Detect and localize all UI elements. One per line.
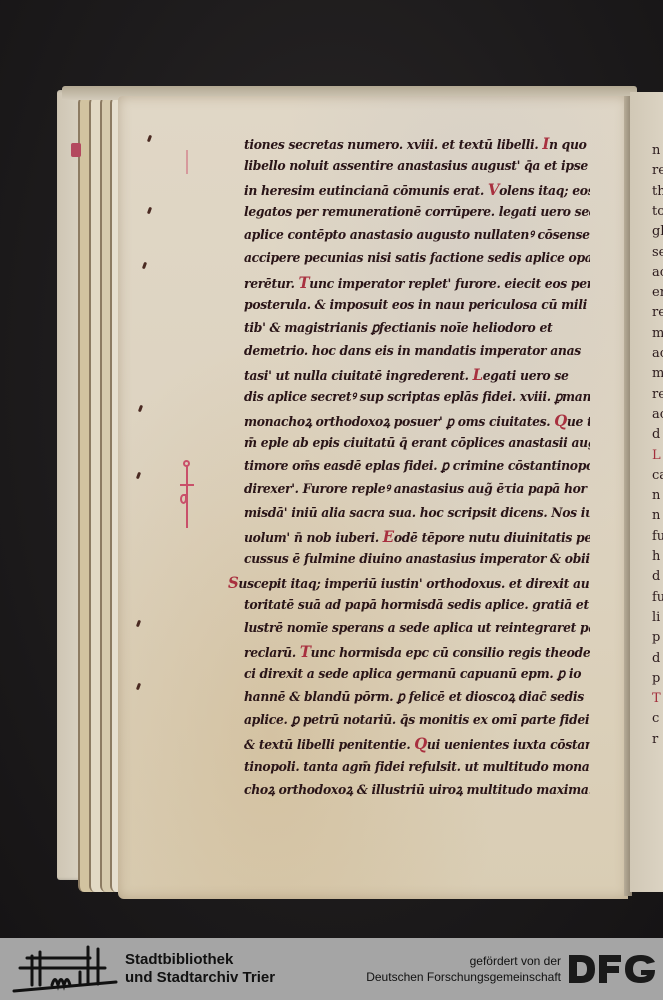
rubric-initial: S [228, 573, 238, 592]
manuscript-line: direxer'. Furore repleꝰ anastasius aug̃ … [244, 478, 590, 501]
library-name: Stadtbibliothek und Stadtarchiv Trier [125, 951, 275, 987]
rubric-initial: L [473, 365, 483, 384]
facing-page-fragment: d [652, 652, 660, 665]
manuscript-line: cussus ē fulmine diuino anastasius imper… [244, 548, 590, 571]
facing-page-fragment: d [652, 428, 660, 441]
library-name-line1: Stadtbibliothek [125, 951, 275, 969]
facing-page-fragment: ac [652, 408, 663, 421]
manuscript-line: timore om̄s easdē eplas fidei. ꝑ crimine… [244, 455, 590, 478]
rubric-initial: T [299, 273, 310, 292]
manuscript-line: aplice contēpto anastasio augusto nullat… [244, 224, 590, 247]
manuscript-line: tinopoli. tanta agm̄ fidei refulsit. ut … [244, 756, 590, 779]
manuscript-line: legatos per remunerationē corrūpere. leg… [244, 201, 590, 224]
manuscript-line: toritatē suā ad papā hormisdā sedis apli… [244, 594, 590, 617]
manuscript-line: posterula. & imposuit eos in nauı pericu… [244, 294, 590, 317]
facing-page-fragment: n [652, 489, 660, 502]
manuscript-line: demetrio. hoc dans eis in mandatis imper… [244, 340, 590, 363]
facing-page-fragment: er [652, 286, 663, 299]
marginal-red-mark [186, 150, 188, 174]
manuscript-line: in heresim eutincianā cōmunis erat. Vole… [244, 178, 590, 201]
stadtbibliothek-trier-logo-icon [10, 944, 120, 994]
rubric-initial: I [542, 134, 549, 153]
facing-page-fragment: L [652, 449, 661, 462]
facing-page-fragment: T [652, 692, 661, 705]
facing-page-fragment: ac [652, 347, 663, 360]
facing-page-fragment: n [652, 509, 660, 522]
manuscript-line: uolum' n̄ nob iuberi. Eodē tēpore nutu d… [244, 525, 590, 548]
manuscript-line: rerētur. Tunc imperator replet' furore. … [244, 271, 590, 294]
facing-page-fragment: fu [652, 591, 663, 604]
facing-page-fragment: ac [652, 266, 663, 279]
facing-page-fragment: gl [652, 225, 663, 238]
facing-page-fragment: re [652, 306, 663, 319]
facing-page-fragment: m [652, 327, 663, 340]
library-name-line2: und Stadtarchiv Trier [125, 969, 275, 987]
rubric-initial: V [488, 180, 499, 199]
manuscript-line: aplice. ꝑ petrū notariū. q̄s monitis ex … [244, 709, 590, 732]
facing-page-fragment: re [652, 388, 663, 401]
facing-page-fragment: r [652, 733, 658, 746]
manuscript-line: & textū libelli penitentie. Qui ueniente… [244, 732, 590, 755]
manuscript-text-column: tiones secretas numero. xviii. et textū … [244, 132, 616, 802]
manuscript-line: reclarū. Tunc hormisda epc cū consilio r… [244, 640, 590, 663]
manuscript-line: libello noluit assentire anastasius augu… [244, 155, 590, 178]
facing-page-fragment: p [652, 672, 660, 685]
manuscript-line: lustrē nomīe sperans a sede aplica ut re… [244, 617, 590, 640]
manuscript-line: tiones secretas numero. xviii. et textū … [244, 132, 590, 155]
facing-page-fragment: c [652, 712, 659, 725]
manuscript-line: Suscepit itaq; imperiū iustin' orthodoxu… [228, 571, 589, 594]
facing-page-fragment: li [652, 611, 660, 624]
manuscript-line: tasi' ut nulla ciuitatē ingrederent. Leg… [244, 363, 590, 386]
funding-notice: gefördert von der Deutschen Forschungsge… [366, 953, 561, 985]
facing-page-fragment: fu [652, 530, 663, 543]
facing-page-fragment: th [652, 185, 663, 198]
bookmark-tab [71, 143, 81, 157]
manuscript-line: hannē & blandū pōrm. ꝑ felicē et dioscoꝝ… [244, 686, 590, 709]
rubric-initial: Q [554, 411, 567, 430]
facing-page-fragment: m [652, 367, 663, 380]
dfg-logo-icon [567, 952, 659, 986]
facing-page-fragment: re [652, 164, 663, 177]
manuscript-line: monachoꝝ orthodoxoꝝ posuer' ꝑ oms ciuita… [244, 409, 590, 432]
facing-page-fragment: h [652, 550, 660, 563]
marginal-red-annotation [178, 460, 198, 530]
manuscript-line: choꝝ orthodoxoꝝ & illustriū uiroꝝ multit… [244, 779, 590, 802]
manuscript-line: tib' & magistrianis ꝑfectianis noīe heli… [244, 317, 590, 340]
rubric-initial: Q [414, 734, 427, 753]
manuscript-line: dis aplice secretꝰ sup scriptas eplās fi… [244, 386, 590, 409]
facing-page-fragment: to [652, 205, 663, 218]
facing-page-fragment: d [652, 570, 660, 583]
manuscript-viewer: nrethtoglseacerremacmreacdLcannfuhdfulip… [0, 0, 663, 938]
rubric-initial: T [300, 642, 311, 661]
facing-page-fragment: n [652, 144, 660, 157]
manuscript-line: accipere pecunias nisi satis factione se… [244, 247, 590, 270]
facing-page-fragment: p [652, 631, 660, 644]
manuscript-line: m̄ eple ab epis ciuitatū q̄ erant cōplic… [244, 432, 590, 455]
manuscript-line: misdā' iniū alia sacra sua. hoc scripsit… [244, 502, 590, 525]
facing-page-fragment: se [652, 246, 663, 259]
manuscript-line: ci direxit a sede aplica germanū capuanū… [244, 663, 590, 686]
funding-line2: Deutschen Forschungsgemeinschaft [366, 969, 561, 985]
footer-bar: Stadtbibliothek und Stadtarchiv Trier ge… [0, 938, 663, 1000]
rubric-initial: E [383, 527, 394, 546]
facing-page-fragment: ca [652, 469, 663, 482]
funding-line1: gefördert von der [366, 953, 561, 969]
